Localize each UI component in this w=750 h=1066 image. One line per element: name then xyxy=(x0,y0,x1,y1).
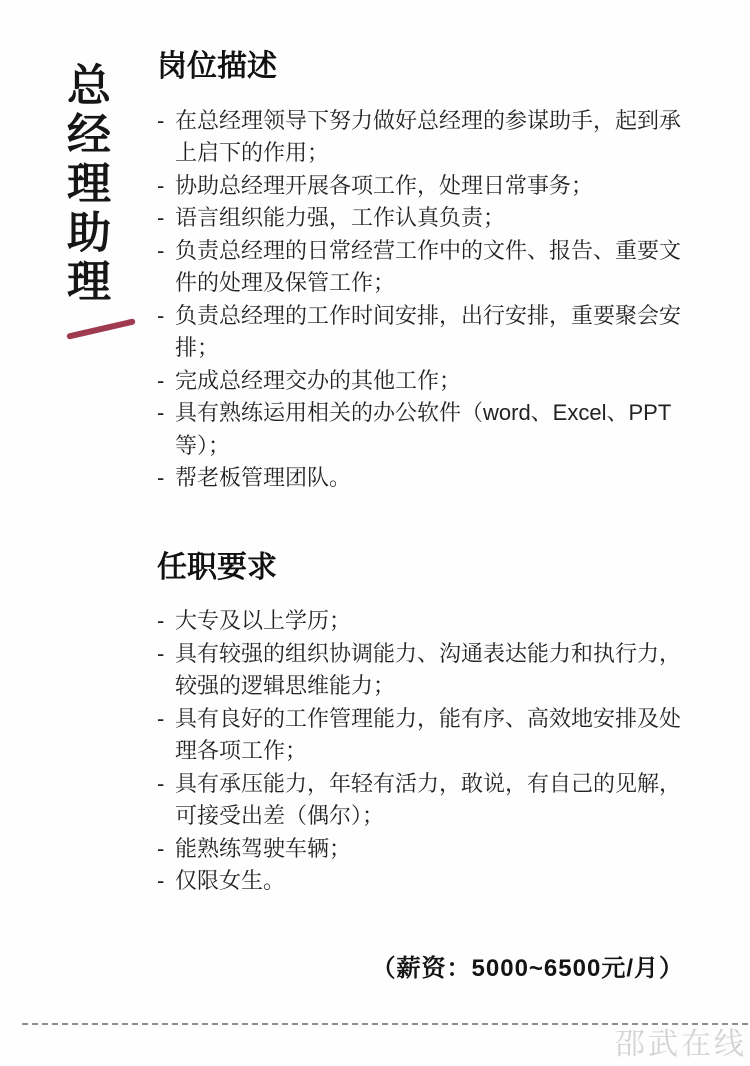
list-item: -具有熟练运用相关的办公软件（word、Excel、PPT等）； xyxy=(157,397,684,462)
bullet-dash: - xyxy=(157,833,175,866)
bullet-dash: - xyxy=(157,170,175,203)
bullet-dash: - xyxy=(157,202,175,235)
list-item: -完成总经理交办的其他工作； xyxy=(157,365,684,398)
list-item-text: 协助总经理开展各项工作，处理日常事务； xyxy=(175,173,593,198)
list-item-text: 语言组织能力强，工作认真负责； xyxy=(175,205,505,230)
list-item-text: 具有较强的组织协调能力、沟通表达能力和执行力，较强的逻辑思维能力； xyxy=(175,641,681,699)
section-job-description: 岗位描述 -在总经理领导下努力做好总经理的参谋助手，起到承上启下的作用；-协助总… xyxy=(157,50,684,495)
accent-slash-decoration xyxy=(66,318,136,340)
bullet-dash: - xyxy=(157,462,175,495)
list-item: -具有承压能力，年轻有活力，敢说，有自己的见解，可接受出差（偶尔）； xyxy=(157,768,684,833)
list-item-text: 在总经理领导下努力做好总经理的参谋助手，起到承上启下的作用； xyxy=(175,108,681,166)
page-title: 总经理助理 xyxy=(62,62,106,307)
bullet-dash: - xyxy=(157,105,175,138)
bullet-dash: - xyxy=(157,605,175,638)
list-item: -帮老板管理团队。 xyxy=(157,462,684,495)
watermark: 邵武在线 xyxy=(615,1019,747,1063)
list-item-text: 负责总经理的工作时间安排，出行安排，重要聚会安排； xyxy=(175,303,681,361)
job-description-list: -在总经理领导下努力做好总经理的参谋助手，起到承上启下的作用；-协助总经理开展各… xyxy=(157,105,684,495)
list-item-text: 仅限女生。 xyxy=(175,868,285,893)
bullet-dash: - xyxy=(157,768,175,801)
bullet-dash: - xyxy=(157,638,175,671)
list-item-text: 帮老板管理团队。 xyxy=(175,465,351,490)
content-area: 岗位描述 -在总经理领导下努力做好总经理的参谋助手，起到承上启下的作用；-协助总… xyxy=(157,50,684,983)
list-item-text: 完成总经理交办的其他工作； xyxy=(175,368,461,393)
list-item-text: 具有承压能力，年轻有活力，敢说，有自己的见解，可接受出差（偶尔）； xyxy=(175,771,681,829)
job-description-heading: 岗位描述 xyxy=(157,50,684,85)
list-item: -具有良好的工作管理能力，能有序、高效地安排及处理各项工作； xyxy=(157,703,684,768)
salary-note: （薪资：5000~6500元/月） xyxy=(157,948,684,983)
list-item-text: 负责总经理的日常经营工作中的文件、报告、重要文件的处理及保管工作； xyxy=(175,238,681,296)
list-item: -负责总经理的日常经营工作中的文件、报告、重要文件的处理及保管工作； xyxy=(157,235,684,300)
bullet-dash: - xyxy=(157,703,175,736)
list-item: -在总经理领导下努力做好总经理的参谋助手，起到承上启下的作用； xyxy=(157,105,684,170)
list-item: -大专及以上学历； xyxy=(157,605,684,638)
job-posting-page: 总经理助理 岗位描述 -在总经理领导下努力做好总经理的参谋助手，起到承上启下的作… xyxy=(0,0,750,1066)
requirements-list: -大专及以上学历；-具有较强的组织协调能力、沟通表达能力和执行力，较强的逻辑思维… xyxy=(157,605,684,898)
list-item: -具有较强的组织协调能力、沟通表达能力和执行力，较强的逻辑思维能力； xyxy=(157,638,684,703)
list-item: -负责总经理的工作时间安排，出行安排，重要聚会安排； xyxy=(157,300,684,365)
list-item: -协助总经理开展各项工作，处理日常事务； xyxy=(157,170,684,203)
bullet-dash: - xyxy=(157,397,175,430)
bullet-dash: - xyxy=(157,865,175,898)
list-item: -仅限女生。 xyxy=(157,865,684,898)
list-item-text: 能熟练驾驶车辆； xyxy=(175,836,351,861)
bullet-dash: - xyxy=(157,300,175,333)
bullet-dash: - xyxy=(157,365,175,398)
list-item-text: 大专及以上学历； xyxy=(175,608,351,633)
requirements-heading: 任职要求 xyxy=(157,551,684,586)
bullet-dash: - xyxy=(157,235,175,268)
list-item-text: 具有良好的工作管理能力，能有序、高效地安排及处理各项工作； xyxy=(175,706,681,764)
list-item-text: 具有熟练运用相关的办公软件（word、Excel、PPT等）； xyxy=(175,400,671,458)
list-item: -语言组织能力强，工作认真负责； xyxy=(157,202,684,235)
section-requirements: 任职要求 -大专及以上学历；-具有较强的组织协调能力、沟通表达能力和执行力，较强… xyxy=(157,551,684,898)
list-item: -能熟练驾驶车辆； xyxy=(157,833,684,866)
